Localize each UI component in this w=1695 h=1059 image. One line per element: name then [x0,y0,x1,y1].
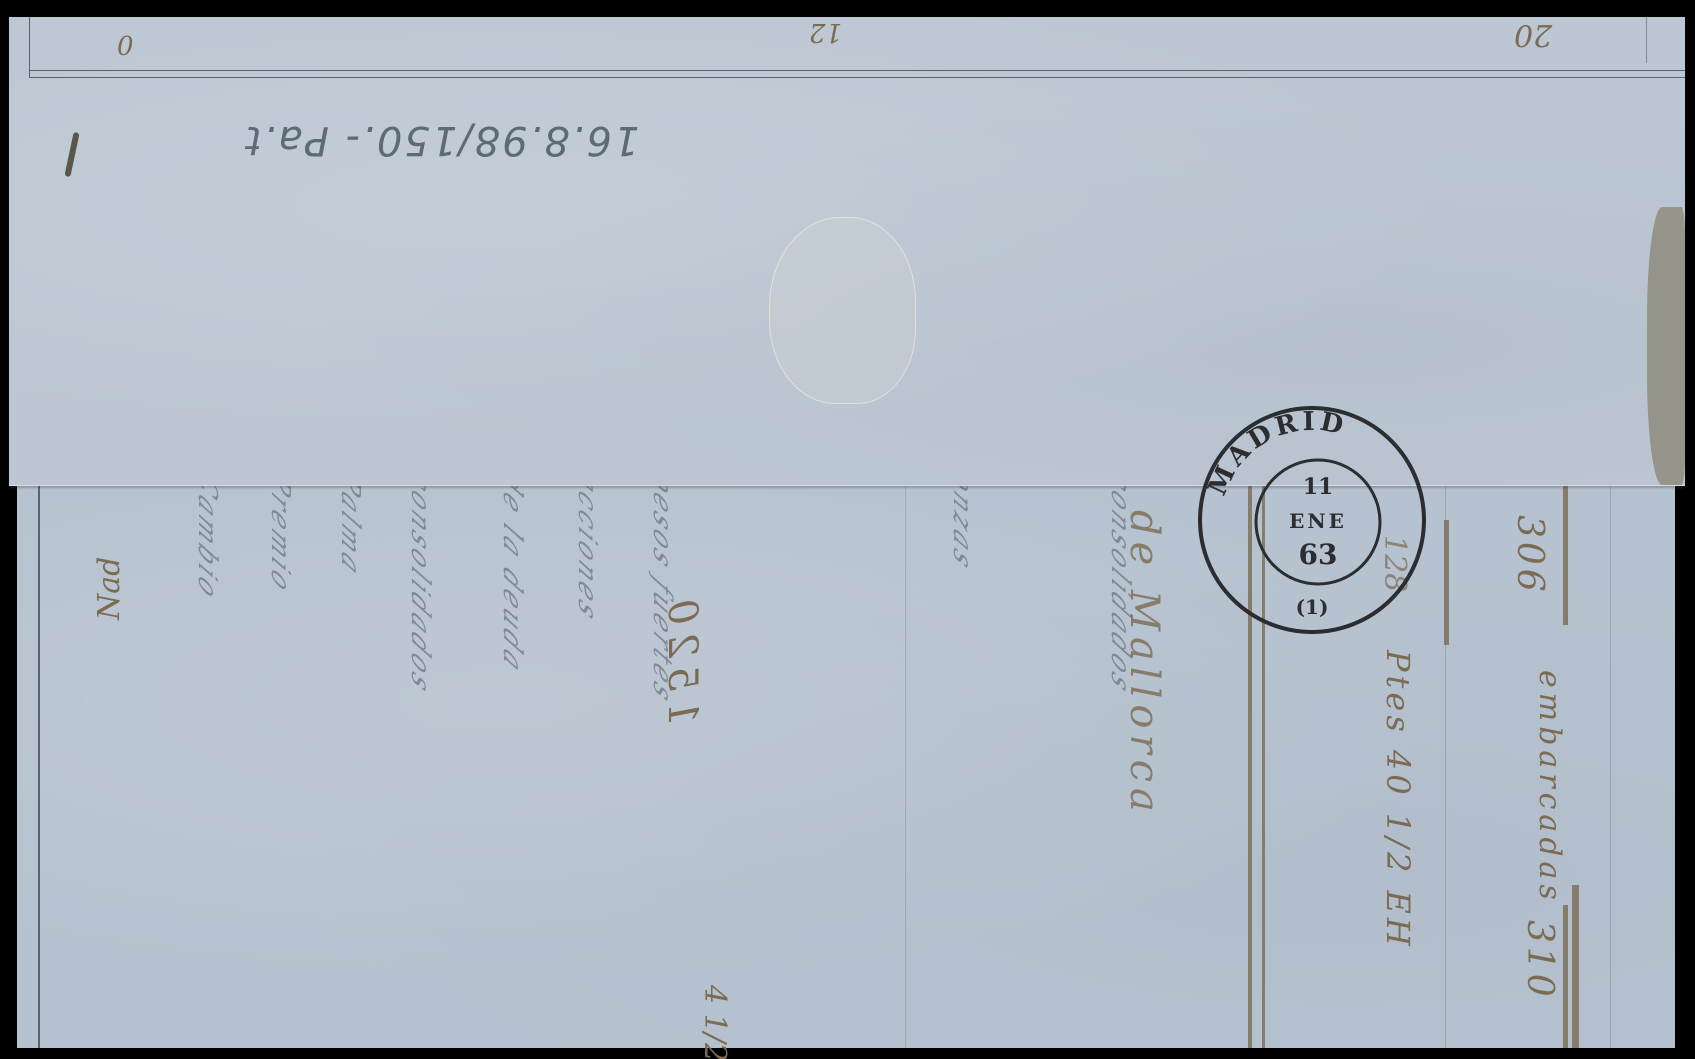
brown-bar-right-bottom [1572,885,1579,1048]
note-vertical-phrase: de Mallorca [1121,510,1167,818]
top-mark-center: 12 [809,17,842,47]
left-smudge [64,132,79,177]
note-left-margin: Nad [92,557,127,620]
printed-script-column: acciones [572,464,602,631]
note-center-fraction: 4 1/2 [697,985,732,1059]
brown-bar-mid [1444,520,1449,645]
printed-script-column: de la deuda [497,464,527,682]
seal-patch [769,217,916,404]
right-edge-stain [1647,207,1685,485]
madrid-postmark: MADRID 11 ENE 63 (1) [1194,402,1430,638]
left-margin-rule [38,470,40,1048]
note-mid-right-words: Ptes 40 1/2 EH [1379,650,1417,950]
top-mark-left: 0 [117,29,134,59]
printed-script-column: consolidados [405,464,435,703]
column-guide [905,470,906,1048]
header-double-rule-bottom [29,77,1685,78]
header-right-rule [1646,17,1647,63]
note-right-column-bottom: 310 [1519,920,1560,1001]
header-double-rule-top [29,70,1685,71]
note-right-column-top: 306 [1509,515,1550,596]
postmark-year: 63 [1299,538,1338,571]
note-center-amount: 1520 [659,591,705,725]
postmark-month: ENE [1289,509,1347,533]
postmark-day: 11 [1303,474,1334,500]
brown-bar-right-bottom-2 [1563,905,1568,1048]
column-guide [1610,470,1611,1048]
postmark-index: (1) [1296,595,1329,619]
letter-upper-flap: 0 12 20 16.8.98/150.- Pa.t [9,17,1685,486]
pencil-dealer-note: 16.8.98/150.- Pa.t [244,117,639,163]
header-left-rule [29,17,30,78]
top-mark-right: 20 [1514,17,1552,52]
note-right-column-word: embarcadas [1532,670,1567,905]
brown-bar-right-top [1563,480,1568,625]
